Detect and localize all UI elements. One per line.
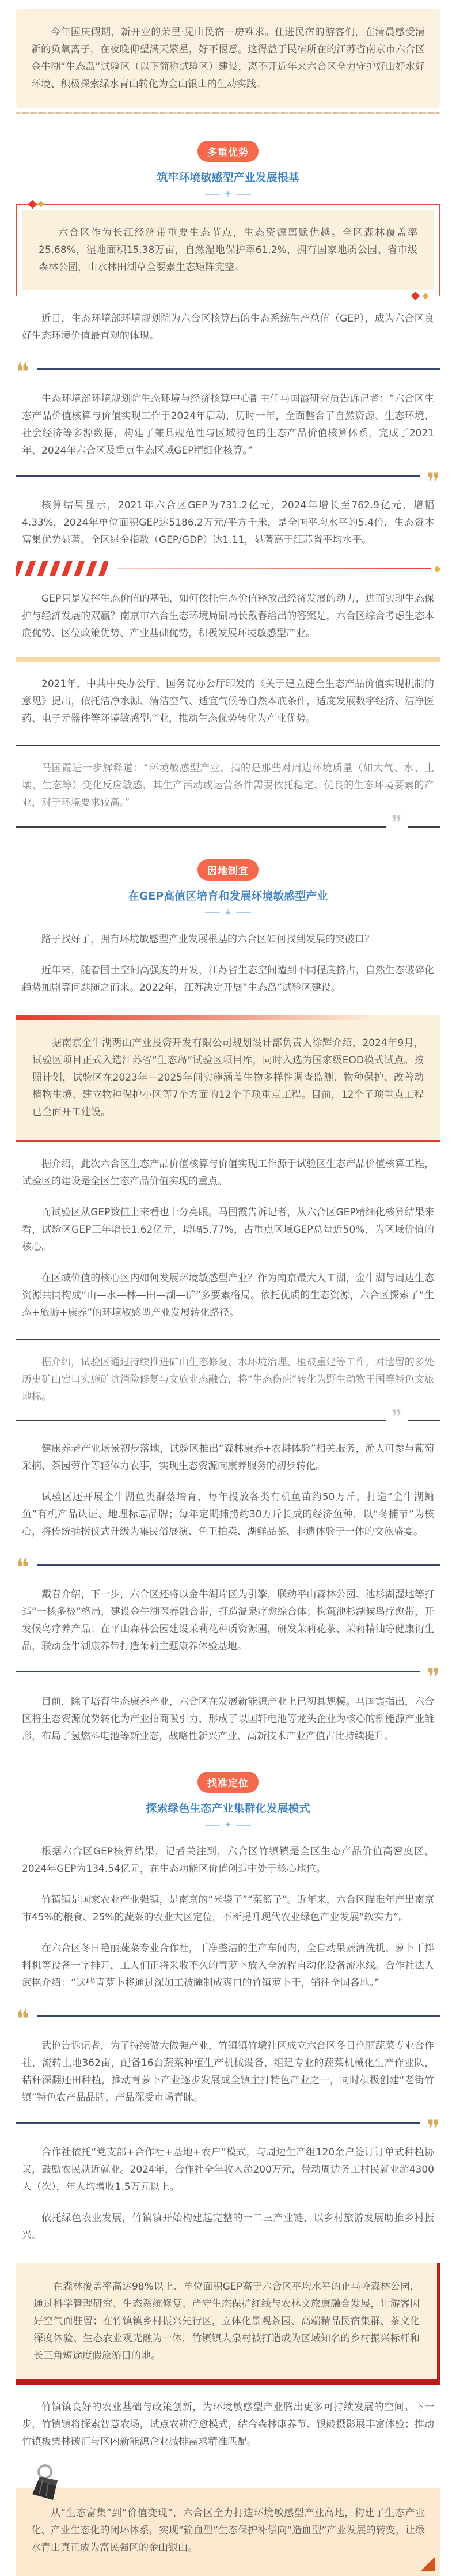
quote-line	[16, 1420, 386, 1421]
quote-ma-guoxia-2: 马国霞进一步解释道：“环境敏感型产业，指的是那些对周边环境质量（如大气、水、土壤…	[22, 760, 434, 811]
article-page: 今年国庆假期，新开业的茉里·见山民宿一房难求。住进民宿的游客们，在清晨感受清新的…	[0, 0, 456, 2576]
ornate-highlight-box: 六合区作为长江经济带重要生态节点，生态资源禀赋优越。全区森林覆盖率25.68%，…	[16, 204, 440, 296]
quote-line	[16, 826, 386, 828]
peach-highlight-bar	[16, 657, 440, 662]
divider-line	[205, 912, 220, 913]
gep-basis-paragraph: GEP只是发挥生态价值的基础，如何依托生态价值释放出经济发展的动力，进而实现生态…	[22, 590, 434, 642]
close-quote-icon: ❞	[427, 474, 440, 489]
quote-line	[408, 1420, 440, 1421]
cooperative-model-paragraph: 合作社依托“党支部+合作社+基地+农户”模式，与周边生产组120余户签订订单式种…	[22, 2144, 434, 2196]
divider-line	[236, 194, 251, 195]
star-icon: ✳	[225, 1821, 231, 1829]
quote-line	[37, 368, 440, 370]
quote-open-rule: ❝	[16, 2009, 440, 2023]
ornate-box-inner: 六合区作为长江经济带重要生态节点，生态资源禀赋优越。全区森林覆盖率25.68%，…	[22, 210, 434, 290]
quote2-close-rule: ❞	[16, 1415, 440, 1426]
section-badge-1: 多重优势	[197, 141, 259, 162]
mine-restoration-quote: 据介绍，试验区通过持续推进矿山生态修复、水环境治理、植被重建等工作，对遗留的多处…	[22, 1354, 434, 1406]
quote-open-rule: ❝	[16, 362, 440, 376]
future-plans-paragraph: 竹镇镇良好的农业基础与政策创新，为环境敏感型产业腾出更多可持续发展的空间。下一步…	[22, 2399, 434, 2450]
quote2-close-rule: ❞	[16, 821, 440, 832]
eod-pilot-box: 据南京金牛湖两山产业投资开发有限公司规划设计部负责人徐辉介绍，2024年9月，试…	[16, 1015, 440, 1142]
quote-line	[37, 1564, 440, 1566]
divider-line	[236, 1825, 251, 1826]
zhimaling-paragraph: 在森林覆盖率高达98%以上、单位面积GEP高于六合区平均水平的止马岭森林公园，通…	[33, 2278, 420, 2365]
star-divider: ✳	[0, 1821, 456, 1829]
close-quote-icon: ❞	[427, 1670, 440, 1684]
binder-clip-icon	[25, 2462, 67, 2506]
value-source-paragraph: 据介绍，此次六合区生态产品价值核算与价值实现工作源于试验区生态产品价值核算工程，…	[22, 1155, 434, 1190]
section-title-1: 筑牢环境敏感型产业发展根基	[0, 169, 456, 184]
recent-years-paragraph: 近年来，随着国土空间高强度的开发，江苏省生态空间遭到不同程度挤占，自然生态破碎化…	[22, 962, 434, 996]
green-agriculture-paragraph: 依托绿色农业发展，竹镇镇开始构建起完整的一二三产业链，以乡村旅游发展助推乡村振兴…	[22, 2209, 434, 2244]
quote-line	[16, 1671, 420, 1672]
quote-line	[37, 2015, 440, 2017]
close-quote-icon: ❞	[427, 2121, 440, 2136]
stripes-decoration	[16, 561, 440, 576]
section-badge-2: 因地制宜	[197, 859, 259, 881]
quote-close-rule: ❞	[16, 2116, 440, 2130]
star-divider: ✳	[0, 190, 456, 198]
trial-gep-paragraph: 而试验区从GEP数值上来看也十分亮眼。马国霞告诉记者，从六合区GEP精细化核算结…	[22, 1204, 434, 1256]
summary-box: 从“生态富集”到“价值变现”，六合区全力打造环境敏感型产业高地，构建了生态产业化…	[16, 2488, 440, 2576]
summary-paragraph: 从“生态富集”到“价值变现”，六合区全力打造环境敏感型产业高地，构建了生态产业化…	[31, 2505, 425, 2556]
section-title-3: 探索绿色生态产业集群化发展模式	[0, 1800, 456, 1815]
star-icon: ✳	[225, 190, 231, 198]
quote-line	[408, 826, 440, 828]
quote-dai-chun: 戴春介绍，下一步，六合区还将以金牛湖片区为引擎，联动平山森林公园、池杉湖湿地等打…	[22, 1586, 434, 1655]
breakthrough-paragraph: 路子找好了，拥有环境敏感型产业发展根基的六合区如何找到发展的突破口？	[22, 931, 434, 948]
quote-close-rule: ❞	[16, 1664, 440, 1679]
divider-line	[205, 194, 220, 195]
open-quote-icon: ❝	[16, 1560, 29, 1574]
gep-results-paragraph: 核算结果显示，2021年六合区GEP为731.2亿元，2024年增长至762.9…	[22, 497, 434, 549]
section-header-2: 因地制宜 在GEP高值区培育和发展环境敏感型产业 ✳	[0, 859, 456, 917]
zhuzhen-gep-paragraph: 根据六合区GEP核算结果，记者关注到，六合区竹镇镇是全区生态产品价值高密度区，2…	[22, 1843, 434, 1878]
quote-line	[16, 2122, 420, 2124]
open-quote-icon: ❝	[16, 364, 29, 379]
red-stripes-icon	[16, 561, 108, 576]
diamond-ornament	[37, 201, 44, 207]
quote2-top-rule	[16, 745, 440, 746]
health-care-paragraph: 健康养老产业场景初步落地，试验区推出“森林康养+农耕体验”相关服务，游人可参与葡…	[22, 1440, 434, 1475]
section-badge-3: 找准定位	[197, 1772, 259, 1793]
diamond-ornament	[422, 293, 428, 299]
quote2-top-rule	[16, 1339, 440, 1340]
close-quote-icon: ❞	[392, 1411, 402, 1423]
eco-resources-paragraph: 六合区作为长江经济带重要生态节点，生态资源禀赋优越。全区森林覆盖率25.68%，…	[39, 224, 417, 276]
diamond-ornament	[28, 200, 37, 209]
star-icon: ✳	[225, 909, 231, 917]
zhuzhen-agriculture-paragraph: 竹镇镇是国家农业产业强镇，是南京的“米袋子”“菜篮子”。近年来，六合区瞄准年产出…	[22, 1891, 434, 1926]
section-header-3: 找准定位 探索绿色生态产业集群化发展模式 ✳	[0, 1772, 456, 1829]
dashed-separator	[16, 112, 440, 114]
new-energy-paragraph: 目前，除了培育生态康养产业，六合区在发展新能源产业上已初具规模。马国霞指出，六合…	[22, 1693, 434, 1745]
diamond-ornament	[411, 292, 420, 301]
gep-intro-paragraph: 近日，生态环境部环境规划院为六合区核算出的生态系统生产总值（GEP），成为六合区…	[22, 310, 434, 345]
quote-wu-yan: 武艳告诉记者，为了持续做大做强产业，竹镇镇竹墩社区成立六合区冬日艳丽蔬菜专业合作…	[22, 2037, 434, 2106]
zhimaling-highlight-box: 在森林覆盖率高达98%以上、单位面积GEP高于六合区平均水平的止马岭森林公园，通…	[16, 2263, 440, 2385]
cooperative-intro-paragraph: 在六合区冬日艳丽蔬菜专业合作社，干净整洁的生产车间内，全自动果蔬清洗机、萝卜干拌…	[22, 1940, 434, 1992]
section-title-2: 在GEP高值区培育和发展环境敏感型产业	[0, 887, 456, 903]
quote-open-rule: ❝	[16, 1558, 440, 1572]
section-header-1: 多重优势 筑牢环境敏感型产业发展根基 ✳	[0, 141, 456, 198]
quote-ma-guoxia-1: 生态环境部环境规划院生态环境与经济核算中心副主任马国霞研究员告诉记者：“六合区生…	[22, 390, 434, 459]
quote-close-rule: ❞	[16, 469, 440, 483]
divider-line	[236, 912, 251, 913]
xuhui-paragraph: 据南京金牛湖两山产业投资开发有限公司规划设计部负责人徐辉介绍，2024年9月，试…	[32, 1034, 424, 1121]
quote-line	[16, 475, 420, 477]
divider-line	[205, 1825, 220, 1826]
close-quote-icon: ❞	[392, 817, 402, 829]
gold-dot-icon	[435, 566, 440, 572]
fishery-paragraph: 试验区还开展金牛湖鱼类群落培育，每年投放各类有机鱼苗约50万斤，打造“金牛湖鳙鱼…	[22, 1489, 434, 1540]
intro-paragraph: 今年国庆假期，新开业的茉里·见山民宿一房难求。住进民宿的游客们，在清晨感受清新的…	[31, 24, 425, 93]
gradient-line	[117, 568, 431, 569]
star-divider: ✳	[0, 909, 456, 917]
intro-highlight-box: 今年国庆假期，新开业的茉里·见山民宿一房难求。住进民宿的游客们，在清晨感受清新的…	[16, 9, 440, 108]
open-quote-icon: ❝	[16, 2011, 29, 2026]
policy-2021-paragraph: 2021年，中共中央办公厅、国务院办公厅印发的《关于建立健全生态产品价值实现机制…	[22, 675, 434, 727]
corner-triangle-icon	[420, 2556, 435, 2571]
core-area-paragraph: 在区域价值的核心区内如何发展环境敏感型产业？作为南京最大人工湖，金牛湖与周边生态…	[22, 1270, 434, 1321]
